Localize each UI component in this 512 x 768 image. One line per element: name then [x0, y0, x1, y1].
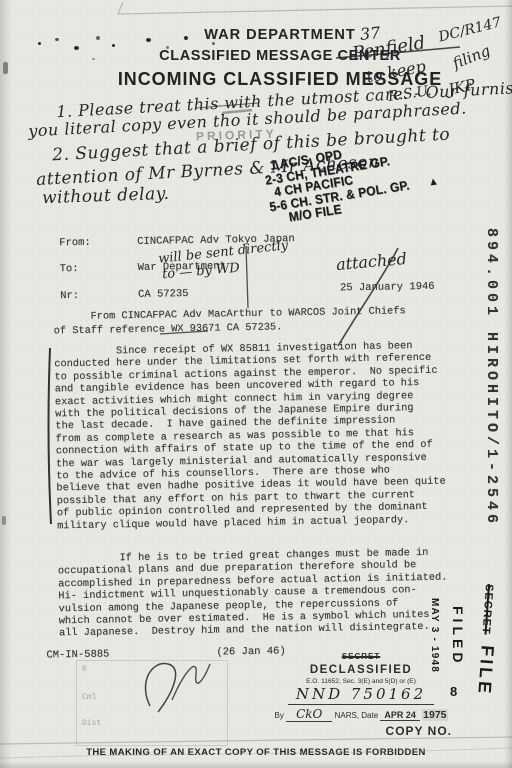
nr-value: CA 57235 — [138, 288, 189, 301]
message-date: 25 January 1946 — [340, 281, 435, 295]
nars-label: NARS, Date — [335, 711, 379, 720]
by-label: By — [274, 711, 283, 720]
declass-struck-secret: SECRET — [270, 652, 452, 661]
to-label: To: — [60, 263, 79, 275]
struck-secret-word: SECRET — [342, 652, 380, 661]
declass-year: 1975 — [422, 709, 447, 721]
from-label: From: — [59, 237, 91, 250]
routing-box-label-1: R — [82, 665, 87, 674]
declass-eo-line: E.O. 11652, Sec. 3(E) and 5(D) or (E) — [270, 678, 452, 685]
routing-box-label-2: Cml — [82, 693, 96, 702]
margin-reference-stamp: 894.001 HIROHITO/1-2546 — [483, 228, 500, 527]
nr-label: Nr: — [60, 290, 79, 302]
copy-no-label: COPY NO. — [270, 724, 452, 738]
filed-stamp: FILED — [450, 606, 466, 666]
document-page: WAR DEPARTMENT 37 CLASSIFIED MESSAGE CEN… — [0, 0, 512, 768]
secret-word-struck: SECRET — [480, 584, 496, 635]
body-paragraph-2: If he is to be tried great changes must … — [58, 547, 449, 641]
nnd-number: NND 750162 — [288, 685, 434, 705]
declass-by-line: By CkO NARS, Date APR 24 1975 — [270, 707, 452, 721]
routing-box: R Cml Dist — [76, 660, 228, 746]
by-signature: CkO — [286, 707, 332, 722]
footer-warning: THE MAKING OF AN EXACT COPY OF THIS MESS… — [0, 747, 512, 758]
declassified-stamp: SECRET DECLASSIFIED E.O. 11652, Sec. 3(E… — [270, 652, 452, 738]
declass-date: APR 24 — [380, 710, 420, 721]
file-word: FILE — [474, 645, 498, 697]
declass-title: DECLASSIFIED — [270, 664, 452, 676]
body-paragraph-1: Since receipt of WX 85811 investigation … — [54, 340, 446, 533]
routing-box-label-3: Dist — [82, 719, 101, 728]
reference-lines: From CINCAFPAC Adv MacArthur to WARCOS J… — [53, 305, 406, 338]
